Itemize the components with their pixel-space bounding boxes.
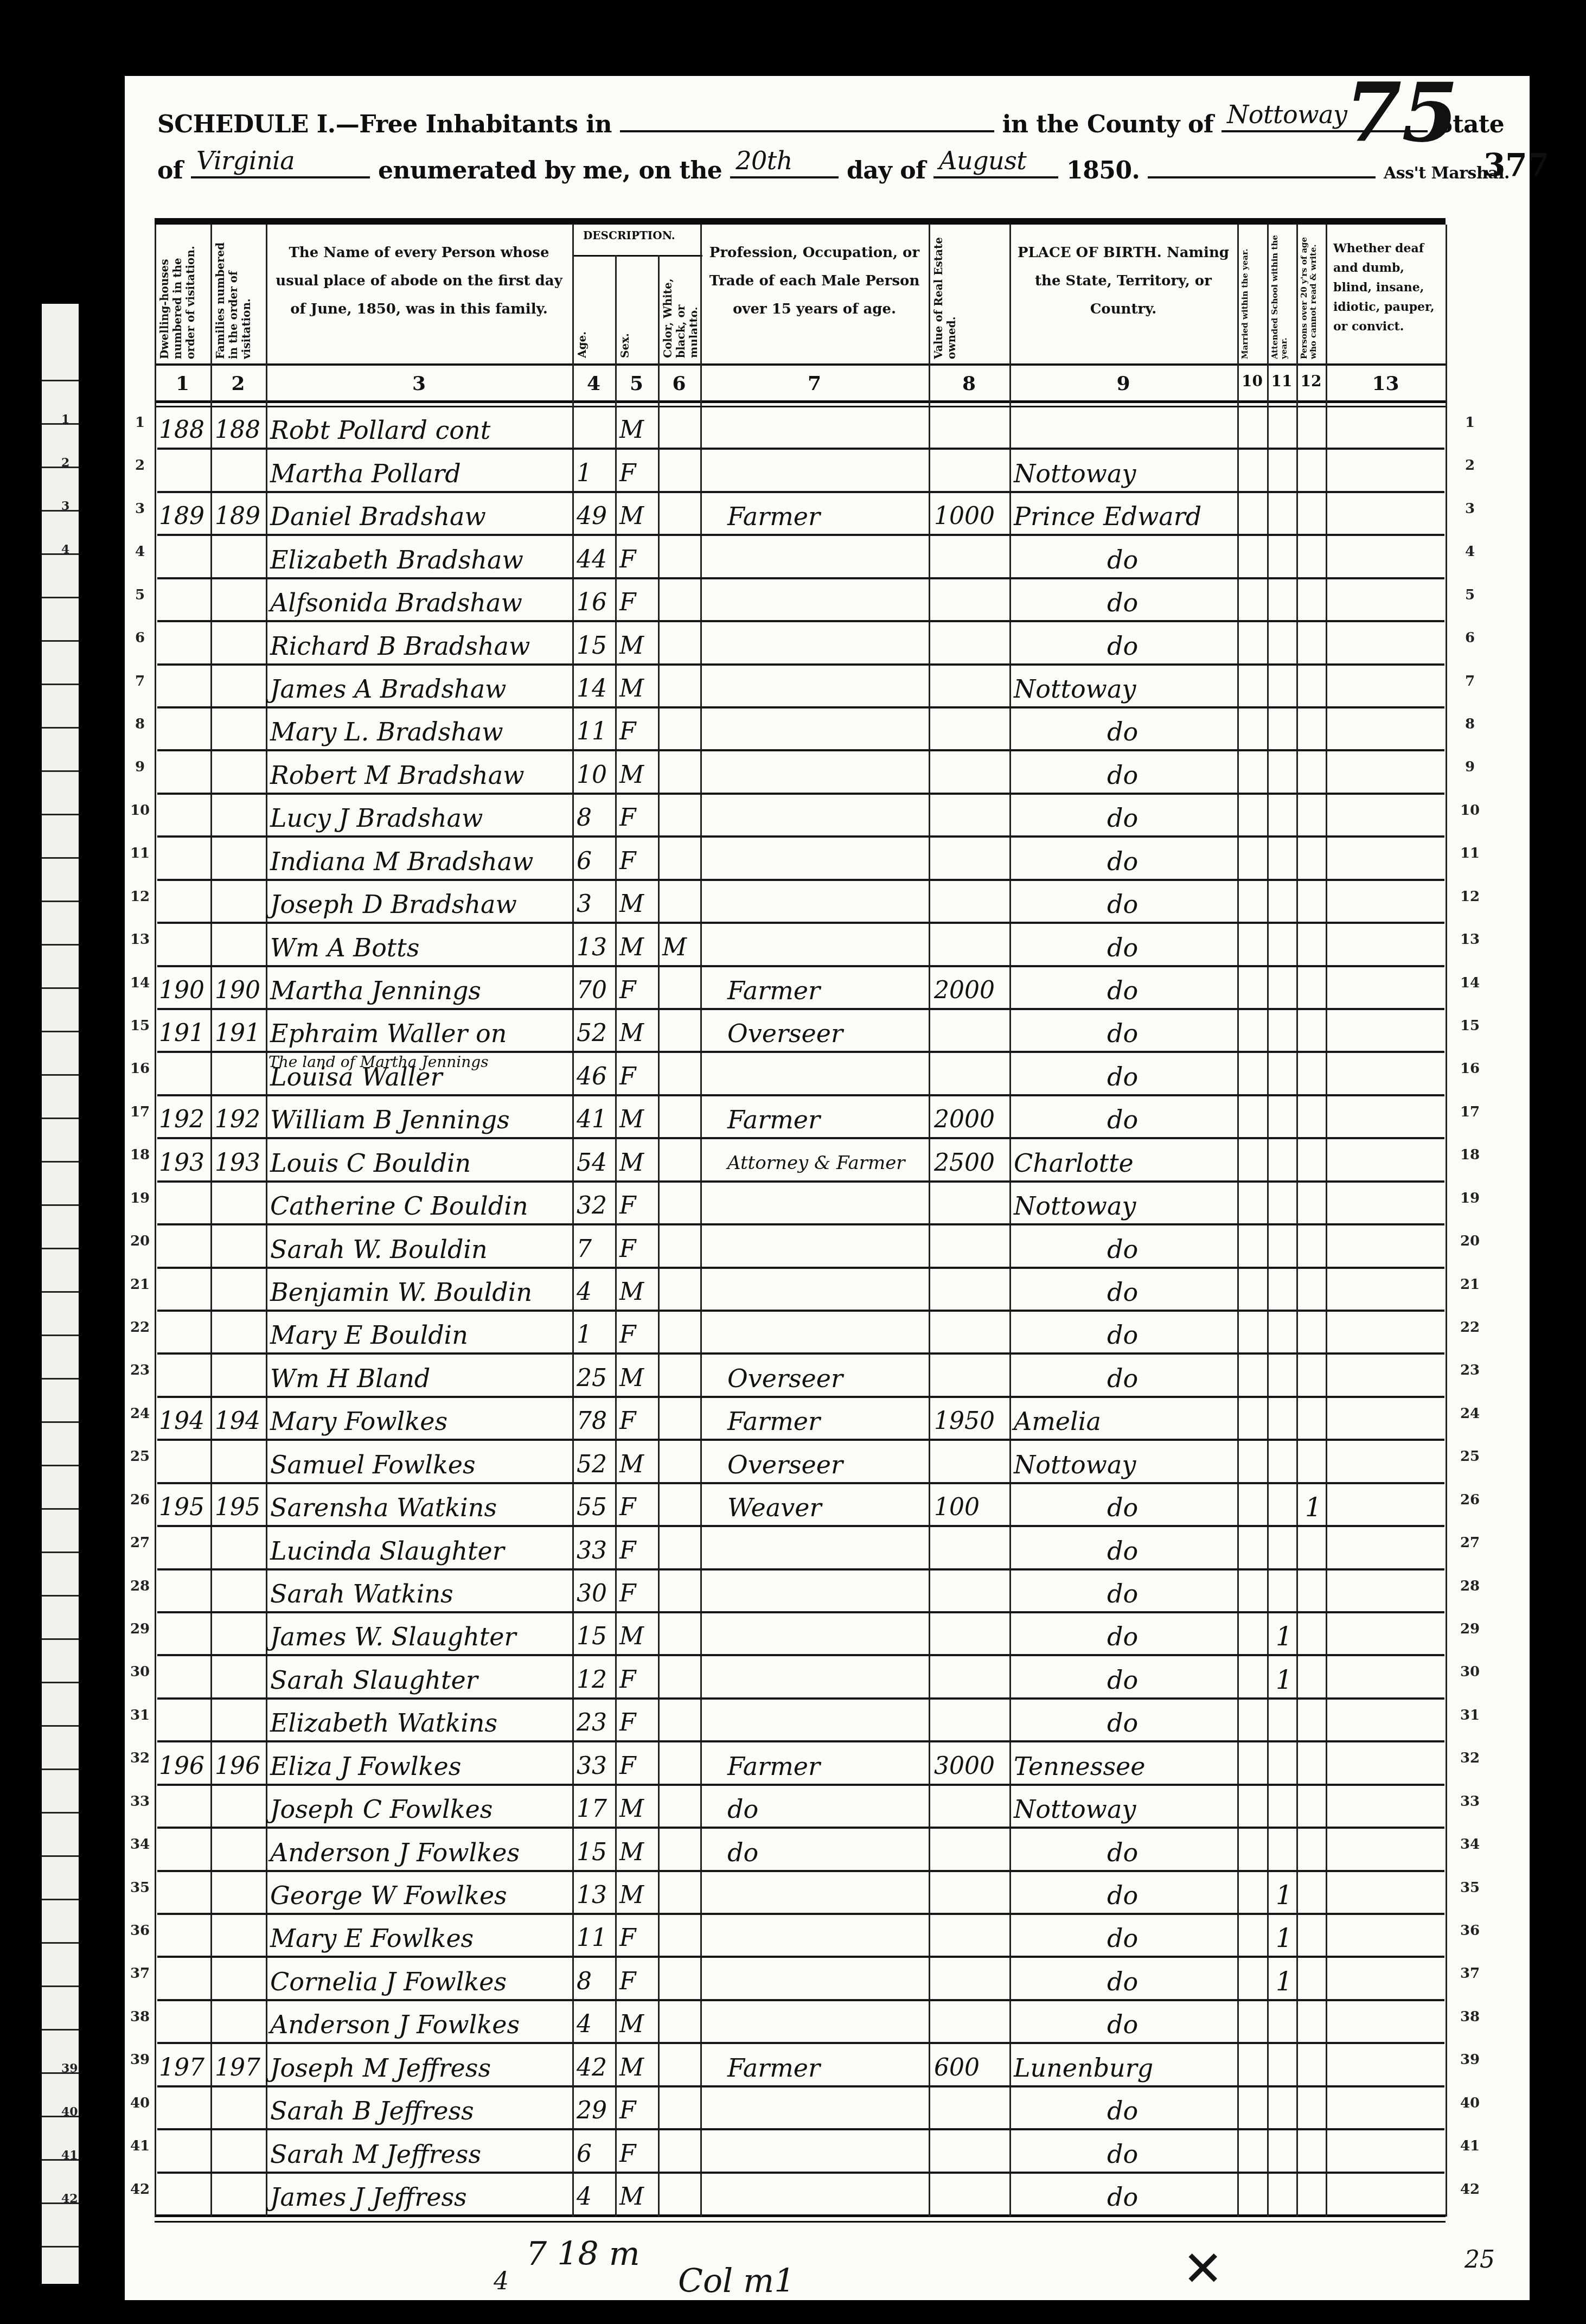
cell-birthplace: Prince Edward [1014,500,1236,533]
column-number-13: 13 [1326,372,1446,395]
cell-sex: F [619,2138,657,2170]
line-number-right: 31 [1459,1707,1481,1723]
line-number-left: 15 [129,1018,151,1034]
line-number-right: 38 [1459,2009,1481,2025]
state-value: Virginia [196,146,295,175]
cell-sex: F [619,586,657,619]
cell-age: 41 [577,1103,614,1136]
line-number-right: 40 [1459,2095,1481,2111]
cell-sex: M [619,673,657,705]
cell-age: 15 [577,630,614,662]
cell-age: 46 [577,1061,614,1093]
cell-age: 54 [577,1147,614,1179]
cell-birthplace: Nottoway [1014,1793,1236,1825]
line-number-right: 32 [1459,1750,1481,1766]
cell-sex: F [619,2095,657,2127]
line-number-left: 19 [129,1190,151,1206]
cell-birthplace: do [1107,1276,1329,1308]
line-number-right: 5 [1459,587,1481,603]
cell-birthplace: do [1107,716,1329,748]
adjacent-page-rule [42,1942,79,1944]
cell-birthplace: do [1107,1103,1329,1136]
line-number-left: 26 [129,1492,151,1508]
adjacent-page-rule [42,1812,79,1814]
cell-age: 8 [577,1965,614,1998]
cell-sex: M [619,1836,657,1869]
line-number-left: 41 [129,2138,151,2154]
column-header-2: Families numbered in the order of visita… [214,229,263,359]
column-number-5: 5 [615,372,658,395]
column-header-10: Married within the year. [1240,229,1264,359]
cell-age: 10 [577,759,614,791]
day-of-label: day of [847,157,925,184]
line-number-left: 31 [129,1707,151,1723]
column-divider [572,255,574,260]
row-rule [157,1999,1444,2001]
cell-real-estate: 2000 [934,974,1009,1007]
row-rule [157,1396,1444,1398]
cell-birthplace: do [1107,802,1329,834]
cell-name: Catherine C Bouldin [270,1190,571,1222]
line-number-left: 30 [129,1664,151,1680]
description-group-rule [572,255,702,257]
adjacent-page-line-number: 3 [61,499,69,513]
cell-age: 1 [577,1319,614,1351]
line-number-right: 4 [1459,544,1481,560]
column-header-3: The Name of every Person whose usual pla… [273,239,565,323]
line-number-right: 33 [1459,1793,1481,1810]
row-rule [157,879,1444,881]
day-field: 20th [730,155,839,178]
adjacent-page-rule [42,423,79,425]
cell-sex: M [619,414,657,446]
cell-sex: F [619,845,657,878]
line-number-right: 11 [1459,845,1481,861]
cell-sex: M [619,1362,657,1395]
line-number-left: 33 [129,1793,151,1810]
day-value: 20th [736,146,792,175]
cell-age: 52 [577,1448,614,1481]
enumerated-label: enumerated by me, on the [378,157,722,184]
row-rule [157,1310,1444,1312]
cell-birthplace: Amelia [1014,1405,1236,1438]
row-rule [157,491,1444,493]
line-number-right: 37 [1459,1965,1481,1982]
column-divider [1446,225,1447,2217]
column-header-12: Persons over 20 y'rs of age who cannot r… [1300,229,1322,359]
cell-school: 1 [1276,1922,1300,1955]
cell-occupation: do [727,1793,950,1825]
line-number-left: 7 [129,673,151,689]
cell-age: 29 [577,2095,614,2127]
cell-cannot-read: 1 [1305,1491,1329,1524]
adjacent-page-rule [42,770,79,772]
cell-name: Mary L. Bradshaw [270,716,571,748]
cell-family: 196 [215,1750,265,1783]
column-header-6: Color, White, black, or mulatto. [661,260,697,358]
row-rule [157,1525,1444,1527]
adjacent-page-rule [42,1985,79,1987]
adjacent-page-rule [42,1855,79,1857]
cell-sex: F [619,974,657,1007]
line-number-right: 17 [1459,1104,1481,1120]
cell-name: Mary Fowlkes [270,1405,571,1438]
cell-sex: M [619,888,657,921]
cell-school: 1 [1276,1965,1300,1998]
cell-name: Sarah Watkins [270,1578,571,1610]
adjacent-page-rule [42,1682,79,1683]
cell-sex: F [619,1707,657,1739]
column-number-2: 2 [210,372,266,395]
cell-sex: M [619,630,657,662]
line-number-right: 25 [1459,1448,1481,1465]
cell-sex: M [619,1103,657,1136]
cell-name: Lucinda Slaughter [270,1535,571,1567]
cell-birthplace: do [1107,2138,1329,2170]
line-number-right: 35 [1459,1880,1481,1896]
column-divider [1267,225,1269,2217]
adjacent-page-rule [42,1161,79,1163]
line-number-left: 4 [129,544,151,560]
cell-name: Louis C Bouldin [270,1147,571,1179]
cell-sex: F [619,1664,657,1696]
cell-occupation: Attorney & Farmer [727,1147,950,1179]
colnum-bottom-rule-1 [155,400,1446,403]
column-divider [210,225,212,2217]
adjacent-page-strip: 123439404142 [42,304,79,2284]
cell-occupation: Overseer [727,1448,950,1481]
adjacent-page-rule [42,857,79,859]
row-annotation: The land of Martha Jennings [268,1054,489,1070]
cell-birthplace: do [1107,2008,1329,2041]
table-top-rule [155,218,1446,225]
adjacent-page-rule [42,1291,79,1293]
line-number-right: 21 [1459,1276,1481,1293]
cell-birthplace: Nottoway [1014,1448,1236,1481]
line-number-left: 37 [129,1965,151,1982]
cell-dwelling: 195 [159,1491,209,1524]
column-number-12: 12 [1296,372,1326,390]
cell-sex: F [619,1233,657,1266]
cell-age: 42 [577,2052,614,2084]
line-number-right: 29 [1459,1621,1481,1637]
cell-family: 190 [215,974,265,1007]
cell-birthplace: Tennessee [1014,1750,1236,1783]
cell-age: 16 [577,586,614,619]
adjacent-page-rule [42,987,79,989]
row-rule [157,965,1444,967]
cell-school: 1 [1276,1879,1300,1912]
state-field: Virginia [191,155,370,178]
adjacent-page-line-number: 39 [61,2061,78,2076]
adjacent-page-rule [42,814,79,815]
column-header-9: PLACE OF BIRTH. Naming the State, Territ… [1017,239,1230,323]
cell-name: Martha Pollard [270,457,571,490]
cell-name: Wm A Botts [270,931,571,964]
cell-sex: M [619,1276,657,1308]
cell-age: 8 [577,802,614,834]
cell-birthplace: do [1107,1578,1329,1610]
row-rule [157,1956,1444,1958]
cell-name: Alfsonida Bradshaw [270,586,571,619]
cell-birthplace: do [1107,586,1329,619]
column-divider [572,225,574,2217]
cell-birthplace: do [1107,1535,1329,1567]
page-number: 377 [1483,146,1549,183]
colnum-bottom-rule-2 [155,406,1446,407]
adjacent-page-line-number: 4 [61,542,69,557]
marshal-signature-blank [1148,155,1376,178]
row-rule [157,1439,1444,1441]
cell-age: 6 [577,845,614,878]
column-header-11: Attended School within the year. [1270,229,1293,359]
cell-dwelling: 191 [159,1017,209,1050]
cell-birthplace: do [1107,1233,1329,1266]
line-number-right: 42 [1459,2181,1481,2198]
row-rule [157,534,1444,536]
cell-name: Martha Jennings [270,974,571,1007]
cell-sex: F [619,1319,657,1351]
cell-birthplace: do [1107,1362,1329,1395]
adjacent-page-rule [42,1768,79,1770]
cell-sex: F [619,1578,657,1610]
cell-real-estate: 100 [934,1491,1009,1524]
corner-number: 25 [1465,2246,1495,2274]
line-number-left: 16 [129,1061,151,1077]
line-number-left: 9 [129,759,151,775]
line-number-right: 23 [1459,1362,1481,1378]
tally-note: 7 18 m [526,2235,640,2273]
cell-sex: F [619,716,657,748]
cell-sex: F [619,1965,657,1998]
line-number-right: 26 [1459,1492,1481,1508]
line-number-left: 36 [129,1923,151,1939]
cell-name: Joseph M Jeffress [270,2052,571,2084]
line-number-left: 25 [129,1448,151,1465]
line-number-left: 23 [129,1362,151,1378]
row-rule [157,1697,1444,1700]
division-blank [620,108,994,132]
cell-occupation: Overseer [727,1362,950,1395]
line-number-left: 38 [129,2009,151,2025]
adjacent-page-rule [42,1899,79,1900]
cell-sex: F [619,1750,657,1783]
cell-dwelling: 188 [159,414,209,446]
cell-name: Anderson J Fowlkes [270,2008,571,2041]
cell-name: Sarensha Watkins [270,1491,571,1524]
cell-birthplace: do [1107,845,1329,878]
line-number-right: 22 [1459,1319,1481,1336]
description-header: DESCRIPTION. [583,229,675,242]
cell-name: Sarah W. Bouldin [270,1233,571,1266]
cell-name: Cornelia J Fowlkes [270,1965,571,1998]
line-number-right: 3 [1459,501,1481,517]
cell-age: 12 [577,1664,614,1696]
row-rule [157,1827,1444,1829]
cell-name: Robert M Bradshaw [270,759,571,791]
cell-school: 1 [1276,1620,1300,1653]
cell-age: 6 [577,2138,614,2170]
adjacent-page-rule [42,640,79,642]
cell-birthplace: do [1107,1017,1329,1050]
line-number-right: 10 [1459,802,1481,819]
folio-stamp: 75 [1345,65,1459,161]
county-label: in the County of [1002,111,1213,138]
row-rule [157,1784,1444,1786]
cross-mark: ✕ [1182,2240,1223,2297]
column-header-8: Value of Real Estate owned. [932,229,1006,359]
column-number-6: 6 [658,372,700,395]
adjacent-page-rule [42,1421,79,1423]
cell-name: Daniel Bradshaw [270,500,571,533]
cell-name: Eliza J Fowlkes [270,1750,571,1783]
cell-sex: M [619,2181,657,2213]
line-number-left: 2 [129,457,151,474]
cell-sex: F [619,457,657,490]
cell-name: James W. Slaughter [270,1620,571,1653]
line-number-right: 9 [1459,759,1481,775]
cell-family: 189 [215,500,265,533]
cell-name: Wm H Bland [270,1362,571,1395]
line-number-right: 30 [1459,1664,1481,1680]
cell-sex: M [619,2008,657,2041]
row-rule [157,922,1444,924]
row-rule [157,2128,1444,2130]
adjacent-page-line-number: 2 [61,456,69,470]
adjacent-page-rule [42,553,79,555]
line-number-left: 35 [129,1880,151,1896]
adjacent-page-line-number: 1 [61,412,69,426]
line-number-right: 7 [1459,673,1481,689]
cell-name: Joseph D Bradshaw [270,888,571,921]
footer-note-3: Col m1 [678,2262,795,2300]
row-rule [157,1568,1444,1570]
line-number-right: 27 [1459,1535,1481,1551]
cell-family: 191 [215,1017,265,1050]
cell-age: 4 [577,1276,614,1308]
cell-name: Sarah B Jeffress [270,2095,571,2127]
cell-age: 70 [577,974,614,1007]
footer-note-2: 4 [494,2268,509,2295]
cell-age: 78 [577,1405,614,1438]
cell-occupation: Farmer [727,1750,950,1783]
line-number-right: 2 [1459,457,1481,474]
cell-sex: M [619,1879,657,1912]
cell-birthplace: do [1107,931,1329,964]
cell-name: Joseph C Fowlkes [270,1793,571,1825]
line-number-left: 1 [129,414,151,431]
cell-age: 23 [577,1707,614,1739]
column-header-4: Age. [575,260,612,358]
cell-age: 52 [577,1017,614,1050]
cell-age: 44 [577,544,614,576]
line-number-left: 21 [129,1276,151,1293]
adjacent-page-rule [42,2029,79,2031]
line-number-left: 18 [129,1147,151,1163]
cell-occupation: Farmer [727,1405,950,1438]
cell-dwelling: 192 [159,1103,209,1136]
cell-age: 13 [577,1879,614,1912]
column-divider [615,255,617,2217]
column-number-10: 10 [1237,372,1267,390]
cell-name: Indiana M Bradshaw [270,845,571,878]
line-number-right: 18 [1459,1147,1481,1163]
row-rule [157,577,1444,579]
adjacent-page-rule [42,1378,79,1380]
row-rule [157,1870,1444,1872]
cell-name: Robt Pollard cont [270,414,571,446]
column-divider [1326,225,1327,2217]
cell-age: 4 [577,2008,614,2041]
adjacent-page-rule [42,684,79,685]
line-number-right: 12 [1459,889,1481,905]
line-number-right: 14 [1459,975,1481,991]
cell-birthplace: Nottoway [1014,673,1236,705]
adjacent-page-rule [42,1074,79,1076]
line-number-left: 40 [129,2095,151,2111]
cell-family: 197 [215,2052,265,2084]
cell-sex: F [619,1190,657,1222]
column-divider [155,225,156,2217]
column-number-7: 7 [700,372,929,395]
cell-dwelling: 197 [159,2052,209,2084]
cell-occupation: Overseer [727,1017,950,1050]
adjacent-page-rule [42,380,79,381]
cell-sex: M [619,1620,657,1653]
cell-name: Sarah M Jeffress [270,2138,571,2170]
cell-occupation: Weaver [727,1491,950,1524]
adjacent-page-rule [42,510,79,512]
cell-name: James A Bradshaw [270,673,571,705]
column-divider [1237,225,1239,2217]
line-number-right: 13 [1459,931,1481,948]
adjacent-page-rule [42,1465,79,1466]
cell-name: William B Jennings [270,1103,571,1136]
column-divider [1009,225,1011,2217]
cell-sex: F [619,544,657,576]
census-page: SCHEDULE I.—Free Inhabitants in in the C… [125,76,1530,2300]
cell-sex: F [619,1491,657,1524]
column-number-3: 3 [266,372,572,395]
cell-name: James J Jeffress [270,2181,571,2213]
row-rule [157,2042,1444,2044]
schedule-title-line: SCHEDULE I.—Free Inhabitants in in the C… [157,108,1504,138]
line-number-left: 20 [129,1233,151,1249]
cell-dwelling: 190 [159,974,209,1007]
line-number-right: 24 [1459,1406,1481,1422]
row-rule [157,1482,1444,1484]
cell-name: Lucy J Bradshaw [270,802,571,834]
cell-dwelling: 194 [159,1405,209,1438]
cell-family: 192 [215,1103,265,1136]
line-number-right: 1 [1459,414,1481,431]
cell-age: 3 [577,888,614,921]
adjacent-page-rule [42,1031,79,1032]
cell-age: 11 [577,716,614,748]
cell-name: George W Fowlkes [270,1879,571,1912]
cell-birthplace: do [1107,974,1329,1007]
line-number-left: 10 [129,802,151,819]
adjacent-page-rule [42,1552,79,1553]
line-number-right: 41 [1459,2138,1481,2154]
line-number-left: 27 [129,1535,151,1551]
adjacent-page-rule [42,2246,79,2248]
adjacent-page-rule [42,944,79,946]
cell-sex: F [619,1535,657,1567]
cell-name: Samuel Fowlkes [270,1448,571,1481]
line-number-right: 36 [1459,1923,1481,1939]
cell-birthplace: do [1107,2095,1329,2127]
